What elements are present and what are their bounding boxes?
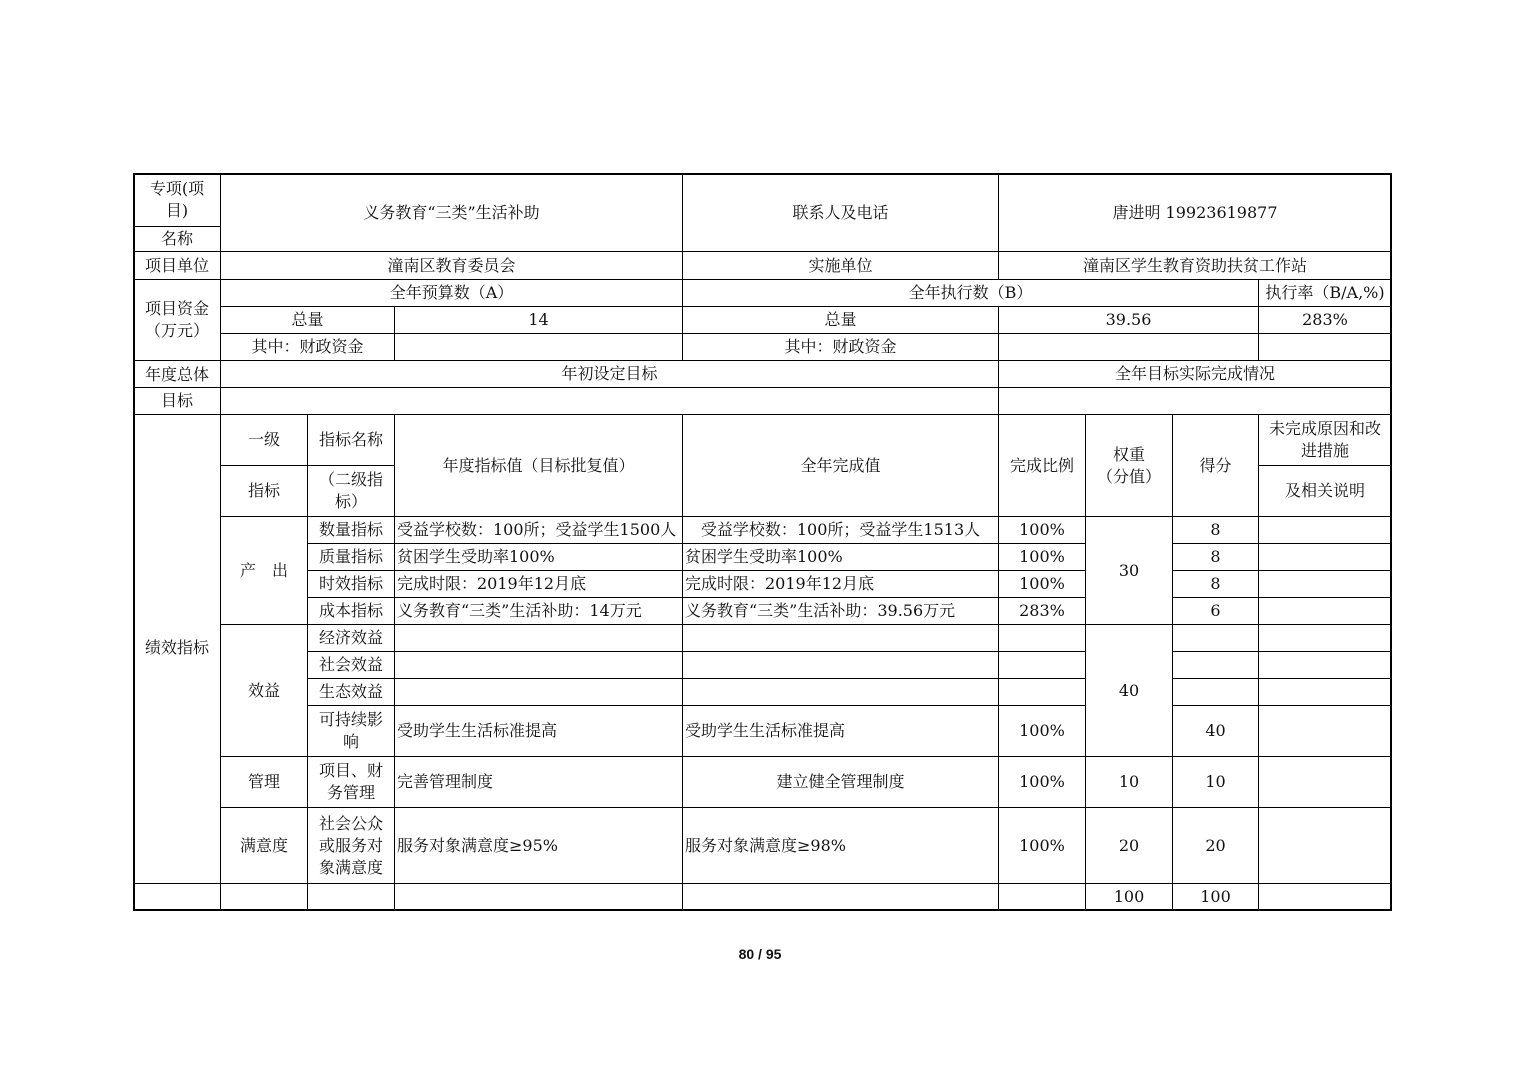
indicator-category: 效益	[220, 624, 308, 757]
indicator-weight: 10	[1085, 756, 1173, 808]
execution-rate-fiscal-value	[1258, 333, 1392, 361]
indicator-name: 时效指标	[307, 570, 395, 598]
totals-blank	[682, 883, 999, 911]
totals-blank	[394, 883, 683, 911]
indicator-target: 受益学校数：100所；受益学生1500人	[394, 516, 683, 544]
indicator-score: 8	[1172, 516, 1259, 544]
indicator-name: 生态效益	[307, 678, 395, 706]
performance-evaluation-sheet: 专项(项 目)名称义务教育“三类”生活补助联系人及电话唐进明 199236198…	[0, 0, 1520, 1074]
contact-label: 联系人及电话	[682, 173, 999, 252]
execution-rate-value: 283%	[1258, 306, 1392, 334]
indicator-target: 贫困学生受助率100%	[394, 543, 683, 571]
indicator-actual: 完成时限：2019年12月底	[682, 570, 999, 598]
indicator-ratio: 100%	[998, 705, 1086, 757]
indicator-ratio	[998, 678, 1086, 706]
budget-fiscal-value	[394, 333, 683, 361]
header-score: 得分	[1172, 414, 1259, 517]
indicator-score: 8	[1172, 570, 1259, 598]
annual-goal-label-2: 目标	[133, 387, 221, 415]
indicator-note	[1258, 624, 1392, 652]
totals-blank	[998, 883, 1086, 911]
annual-budget-header: 全年预算数（A）	[220, 279, 683, 307]
indicator-ratio	[998, 651, 1086, 679]
indicator-actual: 义务教育“三类”生活补助：39.56万元	[682, 597, 999, 625]
indicator-score	[1172, 624, 1259, 652]
annual-goal-label: 年度总体	[133, 360, 221, 388]
indicator-score	[1172, 651, 1259, 679]
indicator-ratio: 100%	[998, 807, 1086, 884]
project-unit-label: 项目单位	[133, 251, 221, 280]
indicator-target	[394, 678, 683, 706]
project-unit-value: 潼南区教育委员会	[220, 251, 683, 280]
indicator-score: 10	[1172, 756, 1259, 808]
indicator-target	[394, 624, 683, 652]
project-funds-label: 项目资金 （万元）	[133, 279, 221, 361]
header-reason: 未完成原因和改 进措施	[1258, 414, 1392, 466]
header-level1: 一级	[220, 414, 308, 466]
execution-total-label: 总量	[682, 306, 999, 334]
header-indicator-name-2: （二级指 标）	[307, 465, 395, 517]
indicator-actual: 建立健全管理制度	[682, 756, 999, 808]
indicator-note	[1258, 678, 1392, 706]
header-weight: 权重 （分值）	[1085, 414, 1173, 517]
totals-blank	[220, 883, 308, 911]
indicator-note	[1258, 597, 1392, 625]
execution-rate-header: 执行率（B/A,%)	[1258, 279, 1392, 307]
indicator-note	[1258, 651, 1392, 679]
indicator-target: 完成时限：2019年12月底	[394, 570, 683, 598]
header-completion-ratio: 完成比例	[998, 414, 1086, 517]
header-reason-2: 及相关说明	[1258, 465, 1392, 517]
execution-fiscal-label: 其中：财政资金	[682, 333, 999, 361]
contact-value: 唐进明 19923619877	[998, 173, 1392, 252]
indicator-actual: 受助学生生活标准提高	[682, 705, 999, 757]
indicator-note	[1258, 543, 1392, 571]
budget-total-value: 14	[394, 306, 683, 334]
indicator-target: 服务对象满意度≥95%	[394, 807, 683, 884]
indicator-note	[1258, 570, 1392, 598]
indicator-category: 产 出	[220, 516, 308, 625]
initial-goal-value	[220, 387, 999, 415]
totals-blank	[133, 883, 221, 911]
annual-execution-header: 全年执行数（B）	[682, 279, 1259, 307]
implementing-unit-label: 实施单位	[682, 251, 999, 280]
indicator-score: 8	[1172, 543, 1259, 571]
indicator-name: 可持续影 响	[307, 705, 395, 757]
indicator-actual: 服务对象满意度≥98%	[682, 807, 999, 884]
project-name-value: 义务教育“三类”生活补助	[220, 173, 683, 252]
indicator-actual	[682, 651, 999, 679]
project-name-label: 专项(项 目)	[133, 173, 221, 227]
indicator-actual	[682, 678, 999, 706]
indicator-ratio: 100%	[998, 570, 1086, 598]
header-indicator-name: 指标名称	[307, 414, 395, 466]
indicator-name: 项目、财 务管理	[307, 756, 395, 808]
indicator-ratio: 100%	[998, 543, 1086, 571]
indicator-score: 40	[1172, 705, 1259, 757]
indicator-target: 义务教育“三类”生活补助：14万元	[394, 597, 683, 625]
indicator-target	[394, 651, 683, 679]
header-actual-value: 全年完成值	[682, 414, 999, 517]
budget-total-label: 总量	[220, 306, 395, 334]
indicator-name: 社会公众 或服务对 象满意度	[307, 807, 395, 884]
header-level1-2: 指标	[220, 465, 308, 517]
totals-blank	[307, 883, 395, 911]
indicator-weight: 20	[1085, 807, 1173, 884]
indicator-score	[1172, 678, 1259, 706]
total-score: 100	[1172, 883, 1259, 911]
indicator-name: 数量指标	[307, 516, 395, 544]
totals-blank	[1258, 883, 1392, 911]
actual-goal-header: 全年目标实际完成情况	[998, 360, 1392, 388]
implementing-unit-value: 潼南区学生教育资助扶贫工作站	[998, 251, 1392, 280]
header-target-value: 年度指标值（目标批复值）	[394, 414, 683, 517]
indicator-score: 6	[1172, 597, 1259, 625]
indicator-target: 完善管理制度	[394, 756, 683, 808]
indicator-category: 满意度	[220, 807, 308, 884]
indicator-note	[1258, 705, 1392, 757]
total-weight: 100	[1085, 883, 1173, 911]
budget-fiscal-label: 其中：财政资金	[220, 333, 395, 361]
indicator-ratio: 100%	[998, 756, 1086, 808]
indicator-actual: 贫困学生受助率100%	[682, 543, 999, 571]
indicator-name: 质量指标	[307, 543, 395, 571]
indicator-ratio: 100%	[998, 516, 1086, 544]
indicator-target: 受助学生生活标准提高	[394, 705, 683, 757]
indicator-score: 20	[1172, 807, 1259, 884]
page-number: 80 / 95	[0, 946, 1520, 962]
indicator-actual: 受益学校数：100所；受益学生1513人	[682, 516, 999, 544]
indicator-note	[1258, 807, 1392, 884]
project-name-label-2: 名称	[133, 226, 221, 252]
indicator-note	[1258, 516, 1392, 544]
indicator-weight: 30	[1085, 516, 1173, 625]
actual-goal-value	[998, 387, 1392, 415]
indicator-name: 经济效益	[307, 624, 395, 652]
execution-total-value: 39.56	[998, 306, 1259, 334]
performance-section-label: 绩效指标	[135, 630, 219, 665]
initial-goal-header: 年初设定目标	[220, 360, 999, 388]
indicator-weight: 40	[1085, 624, 1173, 757]
indicator-name: 成本指标	[307, 597, 395, 625]
indicator-ratio: 283%	[998, 597, 1086, 625]
indicator-category: 管理	[220, 756, 308, 808]
indicator-actual	[682, 624, 999, 652]
indicator-ratio	[998, 624, 1086, 652]
execution-fiscal-value	[998, 333, 1259, 361]
indicator-note	[1258, 756, 1392, 808]
indicator-name: 社会效益	[307, 651, 395, 679]
